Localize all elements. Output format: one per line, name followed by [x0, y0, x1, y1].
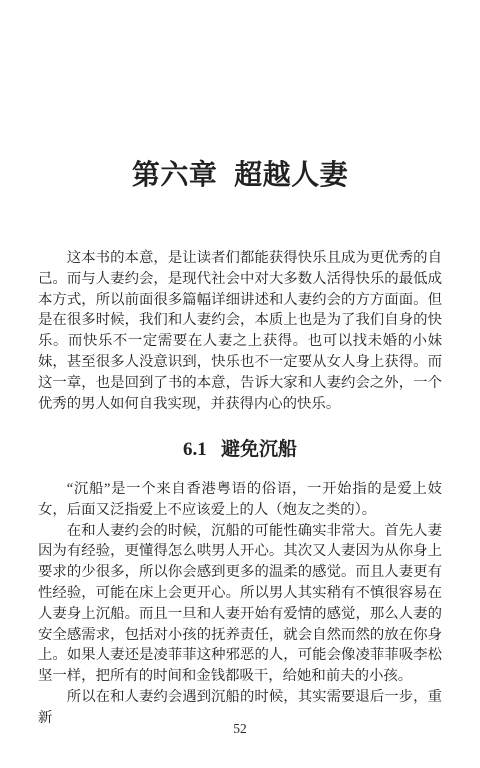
chapter-title: 第六章超越人妻: [0, 159, 480, 193]
book-page: 第六章超越人妻 这本书的本意，是让读者们都能获得快乐且成为更优秀的自己。而与人妻…: [0, 0, 480, 768]
section-heading: 6.1避免沉船: [0, 439, 480, 462]
page-number: 52: [0, 721, 480, 737]
chapter-number: 第六章: [132, 160, 218, 191]
section-title: 避免沉船: [221, 439, 297, 460]
section-number: 6.1: [183, 439, 207, 460]
section-paragraph: “沉船”是一个来自香港粤语的俗语，一开始指的是爱上妓女，后面又泛指爱上不应该爱上…: [38, 479, 442, 521]
section-paragraphs: “沉船”是一个来自香港粤语的俗语，一开始指的是爱上妓女，后面又泛指爱上不应该爱上…: [38, 479, 442, 729]
intro-paragraph: 这本书的本意，是让读者们都能获得快乐且成为更优秀的自己。而与人妻约会，是现代社会…: [38, 248, 442, 414]
chapter-name: 超越人妻: [234, 160, 348, 191]
intro-paragraphs: 这本书的本意，是让读者们都能获得快乐且成为更优秀的自己。而与人妻约会，是现代社会…: [38, 248, 442, 414]
section-paragraph: 在和人妻约会的时候，沉船的可能性确实非常大。首先人妻因为有经验，更懂得怎么哄男人…: [38, 521, 442, 687]
